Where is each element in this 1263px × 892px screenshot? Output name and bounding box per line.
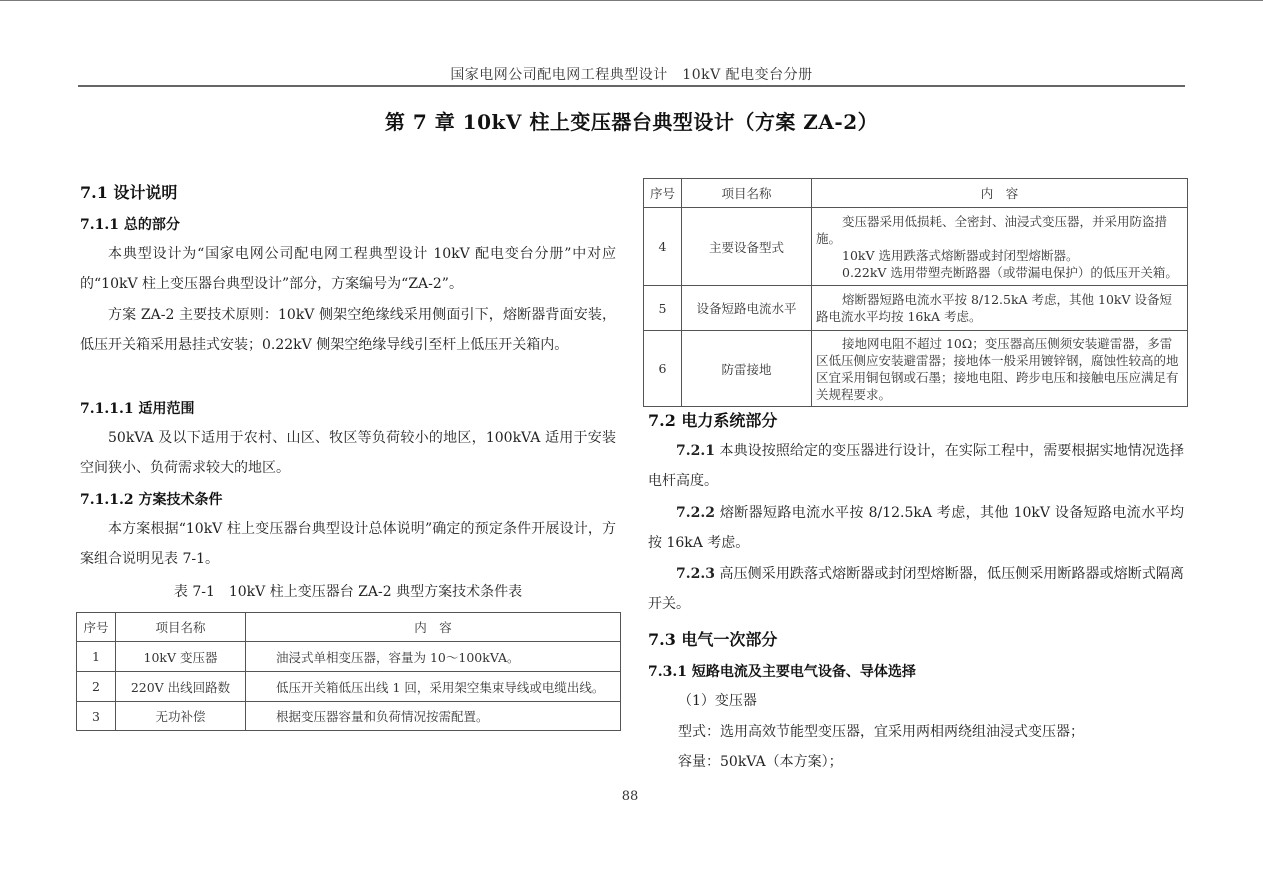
table-7-1-caption: 表 7-1 10kV 柱上变压器台 ZA-2 典型方案技术条件表 — [80, 581, 616, 601]
header-item-name: 项目名称 — [116, 613, 246, 642]
table-row: 2 220V 出线回路数 低压开关箱低压出线 1 回，采用架空集束导线或电缆出线… — [77, 672, 621, 702]
cell-no: 3 — [77, 702, 116, 731]
cell-content: 熔断器短路电流水平按 8/12.5kA 考虑，其他 10kV 设备短路电流水平均… — [812, 286, 1188, 331]
section-7-1-1-paragraph-2: 方案 ZA-2 主要技术原则：10kV 侧架空绝缘线采用侧面引下，熔断器背面安装… — [80, 300, 616, 360]
subsection-transformer-label: （1）变压器 — [678, 686, 1184, 716]
transformer-capacity-line: 容量：50kVA（本方案）； — [678, 747, 1184, 777]
cell-item-name: 防雷接地 — [682, 331, 812, 407]
section-7-3-1-heading: 7.3.1 短路电流及主要电气设备、导体选择 — [648, 661, 916, 681]
cell-content: 根据变压器容量和负荷情况按需配置。 — [246, 702, 621, 731]
item-text: 高压侧采用跌落式熔断器或封闭型熔断器，低压侧采用断路器或熔断式隔离开关。 — [648, 566, 1184, 612]
section-7-2-heading: 7.2 电力系统部分 — [648, 408, 777, 431]
section-7-2-2-paragraph: 7.2.2 熔断器短路电流水平按 8/12.5kA 考虑，其他 10kV 设备短… — [648, 498, 1184, 558]
content-text: 接地网电阻不超过 10Ω；变压器高压侧须安装避雷器，多雷区低压侧应安装避雷器；接… — [816, 335, 1183, 403]
header-content: 内 容 — [246, 613, 621, 642]
cell-item-name: 无功补偿 — [116, 702, 246, 731]
cell-no: 2 — [77, 672, 116, 702]
content-text: 熔断器短路电流水平按 8/12.5kA 考虑，其他 10kV 设备短路电流水平均… — [816, 291, 1183, 325]
section-7-1-heading: 7.1 设计说明 — [80, 180, 177, 203]
table-row: 1 10kV 变压器 油浸式单相变压器，容量为 10～100kVA。 — [77, 642, 621, 672]
cell-content: 油浸式单相变压器，容量为 10～100kVA。 — [246, 642, 621, 672]
section-7-3-heading: 7.3 电气一次部分 — [648, 627, 777, 650]
cell-item-name: 10kV 变压器 — [116, 642, 246, 672]
item-number: 7.2.3 — [676, 566, 715, 582]
section-7-2-1-paragraph: 7.2.1 本典设按照给定的变压器进行设计，在实际工程中，需要根据实地情况选择电… — [648, 436, 1184, 496]
content-line: 0.22kV 选用带塑壳断路器（或带漏电保护）的低压开关箱。 — [816, 264, 1183, 281]
cell-no: 6 — [644, 331, 682, 407]
table-7-1-part-2: 序号 项目名称 内 容 4 主要设备型式 变压器采用低损耗、全密封、油浸式变压器… — [643, 178, 1188, 407]
cell-content: 变压器采用低损耗、全密封、油浸式变压器，并采用防盗措施。 10kV 选用跌落式熔… — [812, 208, 1188, 286]
table-row: 5 设备短路电流水平 熔断器短路电流水平按 8/12.5kA 考虑，其他 10k… — [644, 286, 1188, 331]
header-divider — [78, 85, 1185, 87]
cell-content: 低压开关箱低压出线 1 回，采用架空集束导线或电缆出线。 — [246, 672, 621, 702]
section-7-1-1-1-heading: 7.1.1.1 适用范围 — [80, 398, 194, 418]
header-no: 序号 — [644, 179, 682, 208]
running-header: 国家电网公司配电网工程典型设计 10kV 配电变台分册 — [78, 64, 1185, 84]
page-top-border — [0, 0, 1263, 1]
cell-no: 4 — [644, 208, 682, 286]
section-7-1-1-1-paragraph: 50kVA 及以下适用于农村、山区、牧区等负荷较小的地区，100kVA 适用于安… — [80, 423, 616, 483]
table-row: 3 无功补偿 根据变压器容量和负荷情况按需配置。 — [77, 702, 621, 731]
content-line: 10kV 选用跌落式熔断器或封闭型熔断器。 — [816, 247, 1183, 264]
item-text: 熔断器短路电流水平按 8/12.5kA 考虑，其他 10kV 设备短路电流水平均… — [648, 505, 1184, 551]
page-number: 88 — [600, 789, 660, 804]
table-7-1-part-1: 序号 项目名称 内 容 1 10kV 变压器 油浸式单相变压器，容量为 10～1… — [76, 612, 621, 731]
cell-item-name: 设备短路电流水平 — [682, 286, 812, 331]
cell-content: 接地网电阻不超过 10Ω；变压器高压侧须安装避雷器，多雷区低压侧应安装避雷器；接… — [812, 331, 1188, 407]
cell-no: 1 — [77, 642, 116, 672]
header-no: 序号 — [77, 613, 116, 642]
item-number: 7.2.2 — [676, 505, 715, 521]
item-text: 本典设按照给定的变压器进行设计，在实际工程中，需要根据实地情况选择电杆高度。 — [648, 443, 1184, 489]
header-item-name: 项目名称 — [682, 179, 812, 208]
table-header-row: 序号 项目名称 内 容 — [77, 613, 621, 642]
cell-no: 5 — [644, 286, 682, 331]
section-7-1-1-2-heading: 7.1.1.2 方案技术条件 — [80, 489, 222, 509]
table-header-row: 序号 项目名称 内 容 — [644, 179, 1188, 208]
section-7-1-1-paragraph-1: 本典型设计为“国家电网公司配电网工程典型设计 10kV 配电变台分册”中对应的“… — [80, 239, 616, 299]
header-content: 内 容 — [812, 179, 1188, 208]
section-7-1-1-heading: 7.1.1 总的部分 — [80, 214, 180, 234]
cell-item-name: 主要设备型式 — [682, 208, 812, 286]
content-line: 变压器采用低损耗、全密封、油浸式变压器，并采用防盗措施。 — [816, 213, 1183, 247]
item-number: 7.2.1 — [676, 443, 715, 459]
transformer-type-line: 型式：选用高效节能型变压器，宜采用两相两绕组油浸式变压器； — [678, 717, 1184, 747]
section-7-2-3-paragraph: 7.2.3 高压侧采用跌落式熔断器或封闭型熔断器，低压侧采用断路器或熔断式隔离开… — [648, 559, 1184, 619]
table-row: 4 主要设备型式 变压器采用低损耗、全密封、油浸式变压器，并采用防盗措施。 10… — [644, 208, 1188, 286]
table-row: 6 防雷接地 接地网电阻不超过 10Ω；变压器高压侧须安装避雷器，多雷区低压侧应… — [644, 331, 1188, 407]
cell-item-name: 220V 出线回路数 — [116, 672, 246, 702]
chapter-title: 第 7 章 10kV 柱上变压器台典型设计（方案 ZA-2） — [78, 106, 1185, 135]
section-7-1-1-2-paragraph: 本方案根据“10kV 柱上变压器台典型设计总体说明”确定的预定条件开展设计，方案… — [80, 514, 616, 574]
